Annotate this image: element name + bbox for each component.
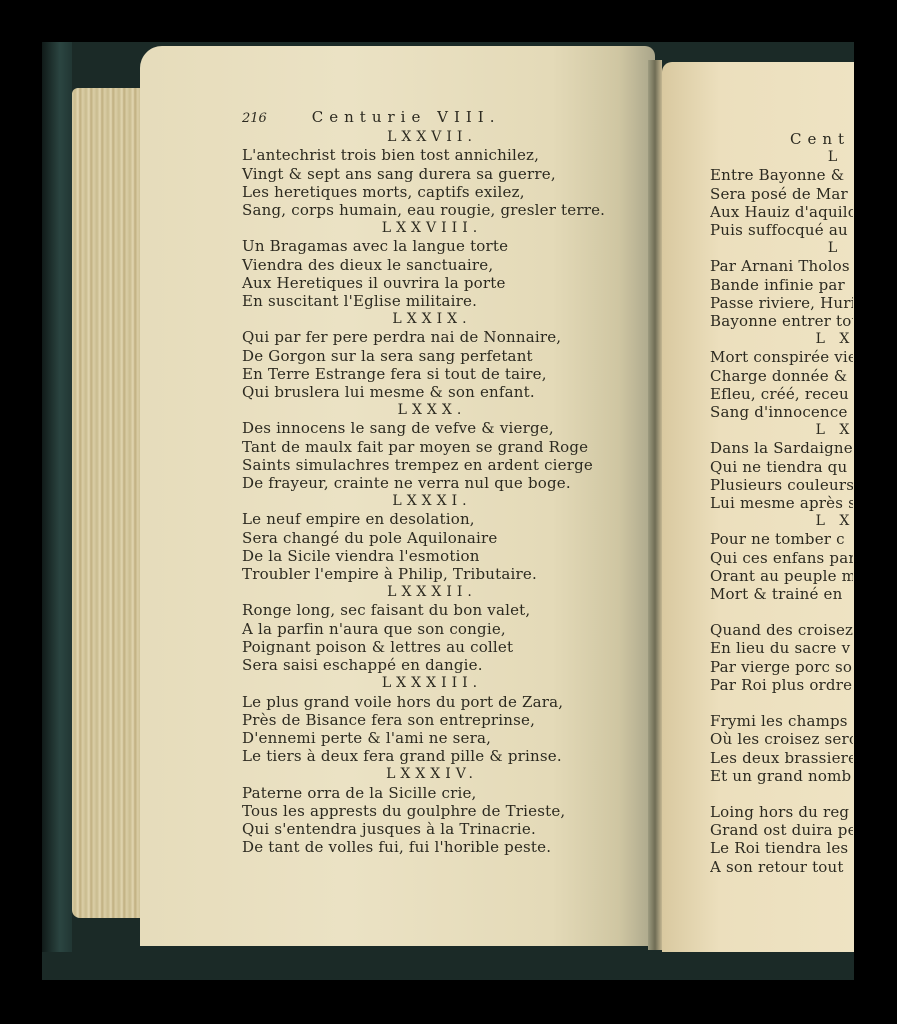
verse-line: Le plus grand voile hors du port de Zara…: [242, 693, 622, 711]
verse-line: Les heretiques morts, captifs exilez,: [242, 183, 622, 201]
quatrain-gap: [710, 694, 853, 712]
quatrain-numeral: LXXXII.: [242, 583, 622, 601]
quatrain-numeral: L X: [710, 421, 853, 439]
verse-line: Mort & trainé en: [710, 585, 853, 603]
verse-line: Saints simulachres trempez en ardent cie…: [242, 456, 622, 474]
verse-line: Qui ne tiendra qu: [710, 458, 853, 476]
verse-line: Paterne orra de la Sicille crie,: [242, 784, 622, 802]
verse-line: Charge donnée &: [710, 367, 853, 385]
verse-line: Bande infinie par: [710, 276, 853, 294]
verse-line: Tant de maulx fait par moyen se grand Ro…: [242, 438, 622, 456]
verse-line: Qui par fer pere perdra nai de Nonnaire,: [242, 328, 622, 346]
verse-line: A la parfin n'aura que son congie,: [242, 620, 622, 638]
verse-line: Ronge long, sec faisant du bon valet,: [242, 601, 622, 619]
verse-line: De Gorgon sur la sera sang perfetant: [242, 347, 622, 365]
verse-line: A son retour tout: [710, 858, 853, 876]
quatrain-numeral: LXXIX.: [242, 310, 622, 328]
left-page-header: 216 Centurie VIII.: [242, 108, 622, 128]
verse-line: Poignant poison & lettres au collet: [242, 638, 622, 656]
quatrain-numeral: LXXVIII.: [242, 219, 622, 237]
verse-line: Quand des croisez: [710, 621, 853, 639]
verse-line: Sera changé du pole Aquilonaire: [242, 529, 622, 547]
verse-line: Sera posé de Mar: [710, 185, 853, 203]
right-quatrains: LEntre Bayonne &Sera posé de MarAux Haui…: [710, 148, 853, 876]
verse-line: Près de Bisance fera son entreprinse,: [242, 711, 622, 729]
left-page-text: 216 Centurie VIII. LXXVII.L'antechrist t…: [242, 108, 622, 856]
verse-line: Plusieurs couleurs a: [710, 476, 853, 494]
verse-line: Efleu, créé, receu: [710, 385, 853, 403]
verse-line: Le tiers à deux fera grand pille & prins…: [242, 747, 622, 765]
verse-line: Viendra des dieux le sanctuaire,: [242, 256, 622, 274]
verse-line: Par Arnani Tholos: [710, 257, 853, 275]
verse-line: En suscitant l'Eglise militaire.: [242, 292, 622, 310]
verse-line: Les deux brassieres: [710, 749, 853, 767]
verse-line: Passe riviere, Huri: [710, 294, 853, 312]
quatrain-numeral: L X: [710, 512, 853, 530]
verse-line: De la Sicile viendra l'esmotion: [242, 547, 622, 565]
quatrain-numeral: L: [710, 239, 853, 257]
verse-line: Dans la Sardaigne: [710, 439, 853, 457]
verse-line: D'ennemi perte & l'ami ne sera,: [242, 729, 622, 747]
quatrain-gap: [710, 603, 853, 621]
verse-line: Vingt & sept ans sang durera sa guerre,: [242, 165, 622, 183]
verse-line: Le neuf empire en desolation,: [242, 510, 622, 528]
verse-line: Entre Bayonne &: [710, 166, 853, 184]
verse-line: L'antechrist trois bien tost annichilez,: [242, 146, 622, 164]
cover-spine-edge: [42, 42, 72, 952]
verse-line: Où les croisez sero: [710, 730, 853, 748]
verse-line: De frayeur, crainte ne verra nul que bog…: [242, 474, 622, 492]
verse-line: Grand ost duira pe: [710, 821, 853, 839]
quatrain-numeral: LXXXIV.: [242, 765, 622, 783]
verse-line: Pour ne tomber c: [710, 530, 853, 548]
verse-line: Qui s'entendra jusques à la Trinacrie.: [242, 820, 622, 838]
quatrain-numeral: LXXX.: [242, 401, 622, 419]
verse-line: Des innocens le sang de vefve & vierge,: [242, 419, 622, 437]
quatrain-numeral: L X: [710, 330, 853, 348]
verse-line: Aux Hauiz d'aquilo: [710, 203, 853, 221]
verse-line: Sang d'innocence d: [710, 403, 853, 421]
verse-line: Par vierge porc so: [710, 658, 853, 676]
left-quatrains: LXXVII.L'antechrist trois bien tost anni…: [242, 128, 622, 856]
verse-line: Le Roi tiendra les: [710, 839, 853, 857]
right-page-text: Cent LEntre Bayonne &Sera posé de MarAux…: [710, 130, 853, 876]
verse-line: Loing hors du reg: [710, 803, 853, 821]
verse-line: Mort conspirée vie: [710, 348, 853, 366]
verse-line: Frymi les champs c: [710, 712, 853, 730]
verse-line: Sera saisi eschappé en dangie.: [242, 656, 622, 674]
quatrain-numeral: LXXVII.: [242, 128, 622, 146]
verse-line: Aux Heretiques il ouvrira la porte: [242, 274, 622, 292]
verse-line: Qui bruslera lui mesme & son enfant.: [242, 383, 622, 401]
verse-line: Bayonne entrer tou: [710, 312, 853, 330]
verse-line: Qui ces enfans par: [710, 549, 853, 567]
verse-line: Sang, corps humain, eau rougie, gresler …: [242, 201, 622, 219]
quatrain-numeral: LXXXIII.: [242, 674, 622, 692]
quatrain-gap: [710, 785, 853, 803]
verse-line: En Terre Estrange fera si tout de taire,: [242, 365, 622, 383]
quatrain-numeral: L: [710, 148, 853, 166]
verse-line: Tous les apprests du goulphre de Trieste…: [242, 802, 622, 820]
verse-line: Puis suffocqué au l: [710, 221, 853, 239]
verse-line: Un Bragamas avec la langue torte: [242, 237, 622, 255]
verse-line: Et un grand nomb: [710, 767, 853, 785]
book-gutter: [648, 60, 662, 950]
verse-line: De tant de volles fui, fui l'horible pes…: [242, 838, 622, 856]
verse-line: En lieu du sacre v: [710, 639, 853, 657]
verse-line: Par Roi plus ordre: [710, 676, 853, 694]
right-running-head: Cent: [710, 130, 853, 148]
verse-line: Troubler l'empire à Philip, Tributaire.: [242, 565, 622, 583]
verse-line: Orant au peuple m: [710, 567, 853, 585]
quatrain-numeral: LXXXI.: [242, 492, 622, 510]
running-head: Centurie VIII.: [312, 108, 501, 126]
verse-line: Lui mesme après s: [710, 494, 853, 512]
page-number: 216: [242, 111, 267, 126]
